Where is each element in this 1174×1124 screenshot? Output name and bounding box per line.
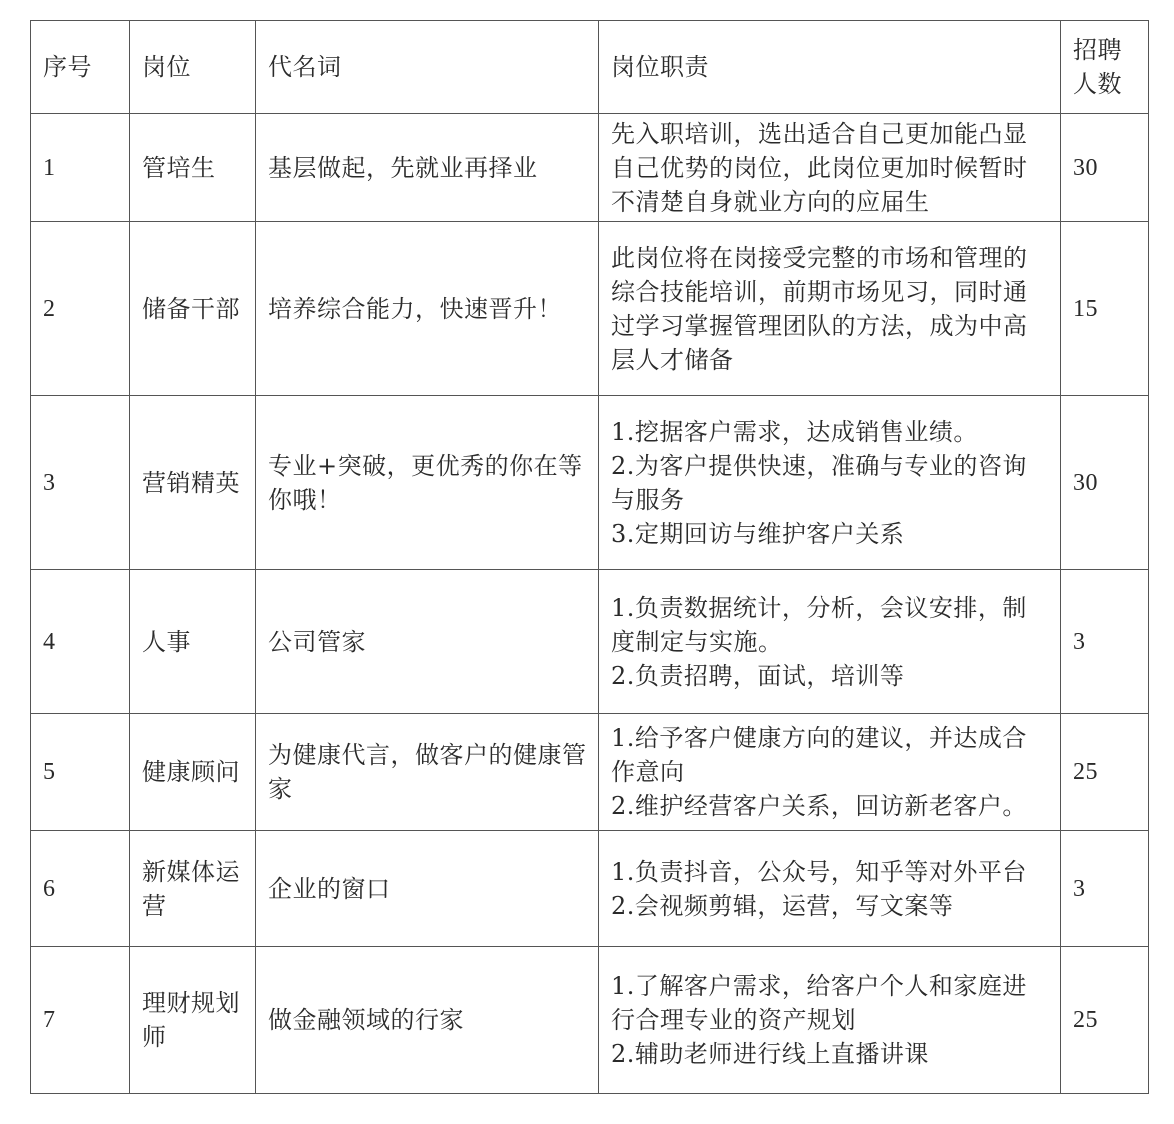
table-row: 4 人事 公司管家 1.负责数据统计，分析，会议安排，制度制定与实施。 2.负责… bbox=[31, 570, 1149, 714]
row-duties: 1.负责数据统计，分析，会议安排，制度制定与实施。 2.负责招聘，面试，培训等 bbox=[599, 570, 1061, 714]
row-no: 4 bbox=[31, 570, 130, 714]
table-header-row: 序号 岗位 代名词 岗位职责 招聘人数 bbox=[31, 21, 1149, 114]
row-alias: 专业+突破，更优秀的你在等你哦！ bbox=[256, 396, 599, 570]
duty-line: 1.了解客户需求，给客户个人和家庭进行合理专业的资产规划 bbox=[611, 969, 1050, 1037]
row-duties: 此岗位将在岗接受完整的市场和管理的综合技能培训，前期市场见习，同时通过学习掌握管… bbox=[599, 222, 1061, 396]
row-no: 3 bbox=[31, 396, 130, 570]
row-alias: 基层做起，先就业再择业 bbox=[256, 114, 599, 222]
table-row: 7 理财规划师 做金融领域的行家 1.了解客户需求，给客户个人和家庭进行合理专业… bbox=[31, 947, 1149, 1094]
row-position: 人事 bbox=[130, 570, 256, 714]
row-position: 储备干部 bbox=[130, 222, 256, 396]
row-position: 管培生 bbox=[130, 114, 256, 222]
row-count: 25 bbox=[1061, 714, 1149, 831]
row-count: 15 bbox=[1061, 222, 1149, 396]
row-no: 5 bbox=[31, 714, 130, 831]
duty-line: 2.负责招聘，面试，培训等 bbox=[611, 659, 1050, 693]
row-alias: 企业的窗口 bbox=[256, 831, 599, 947]
duty-line: 1.负责数据统计，分析，会议安排，制度制定与实施。 bbox=[611, 591, 1050, 659]
row-alias: 为健康代言，做客户的健康管家 bbox=[256, 714, 599, 831]
row-position: 新媒体运营 bbox=[130, 831, 256, 947]
row-no: 1 bbox=[31, 114, 130, 222]
table-row: 5 健康顾问 为健康代言，做客户的健康管家 1.给予客户健康方向的建议，并达成合… bbox=[31, 714, 1149, 831]
header-alias: 代名词 bbox=[256, 21, 599, 114]
header-position: 岗位 bbox=[130, 21, 256, 114]
row-duties: 1.给予客户健康方向的建议，并达成合作意向 2.维护经营客户关系，回访新老客户。 bbox=[599, 714, 1061, 831]
row-duties: 1.挖据客户需求，达成销售业绩。 2.为客户提供快速，准确与专业的咨询与服务 3… bbox=[599, 396, 1061, 570]
row-count: 30 bbox=[1061, 114, 1149, 222]
table-row: 3 营销精英 专业+突破，更优秀的你在等你哦！ 1.挖据客户需求，达成销售业绩。… bbox=[31, 396, 1149, 570]
row-alias: 做金融领域的行家 bbox=[256, 947, 599, 1094]
table-row: 2 储备干部 培养综合能力，快速晋升！ 此岗位将在岗接受完整的市场和管理的综合技… bbox=[31, 222, 1149, 396]
recruitment-table: 序号 岗位 代名词 岗位职责 招聘人数 1 管培生 基层做起，先就业再择业 先入… bbox=[30, 20, 1149, 1094]
row-no: 2 bbox=[31, 222, 130, 396]
duty-line: 2.会视频剪辑，运营，写文案等 bbox=[611, 889, 1050, 923]
duty-line: 1.负责抖音，公众号，知乎等对外平台 bbox=[611, 855, 1050, 889]
row-count: 25 bbox=[1061, 947, 1149, 1094]
table-row: 6 新媒体运营 企业的窗口 1.负责抖音，公众号，知乎等对外平台 2.会视频剪辑… bbox=[31, 831, 1149, 947]
row-duties: 1.了解客户需求，给客户个人和家庭进行合理专业的资产规划 2.辅助老师进行线上直… bbox=[599, 947, 1061, 1094]
duty-line: 3.定期回访与维护客户关系 bbox=[611, 517, 1050, 551]
row-position: 健康顾问 bbox=[130, 714, 256, 831]
table-row: 1 管培生 基层做起，先就业再择业 先入职培训，选出适合自己更加能凸显自己优势的… bbox=[31, 114, 1149, 222]
row-duties: 先入职培训，选出适合自己更加能凸显自己优势的岗位，此岗位更加时候暂时不清楚自身就… bbox=[599, 114, 1061, 222]
duty-line: 2.为客户提供快速，准确与专业的咨询与服务 bbox=[611, 449, 1050, 517]
duty-line: 1.挖据客户需求，达成销售业绩。 bbox=[611, 415, 1050, 449]
header-count: 招聘人数 bbox=[1061, 21, 1149, 114]
row-no: 7 bbox=[31, 947, 130, 1094]
row-duties: 1.负责抖音，公众号，知乎等对外平台 2.会视频剪辑，运营，写文案等 bbox=[599, 831, 1061, 947]
row-count: 3 bbox=[1061, 570, 1149, 714]
duty-line: 2.维护经营客户关系，回访新老客户。 bbox=[611, 789, 1050, 823]
duty-line: 2.辅助老师进行线上直播讲课 bbox=[611, 1037, 1050, 1071]
row-position: 营销精英 bbox=[130, 396, 256, 570]
duty-line: 先入职培训，选出适合自己更加能凸显自己优势的岗位，此岗位更加时候暂时不清楚自身就… bbox=[611, 117, 1050, 219]
duty-line: 此岗位将在岗接受完整的市场和管理的综合技能培训，前期市场见习，同时通过学习掌握管… bbox=[611, 241, 1050, 377]
header-duties: 岗位职责 bbox=[599, 21, 1061, 114]
row-count: 3 bbox=[1061, 831, 1149, 947]
row-alias: 公司管家 bbox=[256, 570, 599, 714]
row-position: 理财规划师 bbox=[130, 947, 256, 1094]
row-alias: 培养综合能力，快速晋升！ bbox=[256, 222, 599, 396]
duty-line: 1.给予客户健康方向的建议，并达成合作意向 bbox=[611, 721, 1050, 789]
row-count: 30 bbox=[1061, 396, 1149, 570]
row-no: 6 bbox=[31, 831, 130, 947]
header-no: 序号 bbox=[31, 21, 130, 114]
